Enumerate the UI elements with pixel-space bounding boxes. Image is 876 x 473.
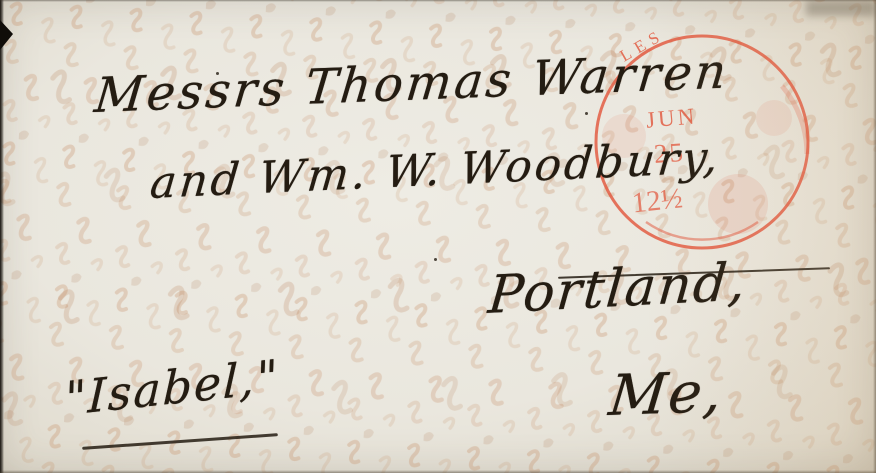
postmark-month: JUN — [645, 103, 698, 132]
postmark-smudge — [756, 100, 792, 136]
ink-speck — [434, 258, 437, 261]
envelope-scan: LES JUN 25 12½ Messrs Thomas Warren and … — [0, 0, 876, 473]
postmark-rate: 12½ — [630, 182, 684, 219]
ink-speck — [216, 72, 219, 75]
ink-speck — [585, 112, 588, 115]
address-line-4: Me, — [606, 360, 727, 429]
